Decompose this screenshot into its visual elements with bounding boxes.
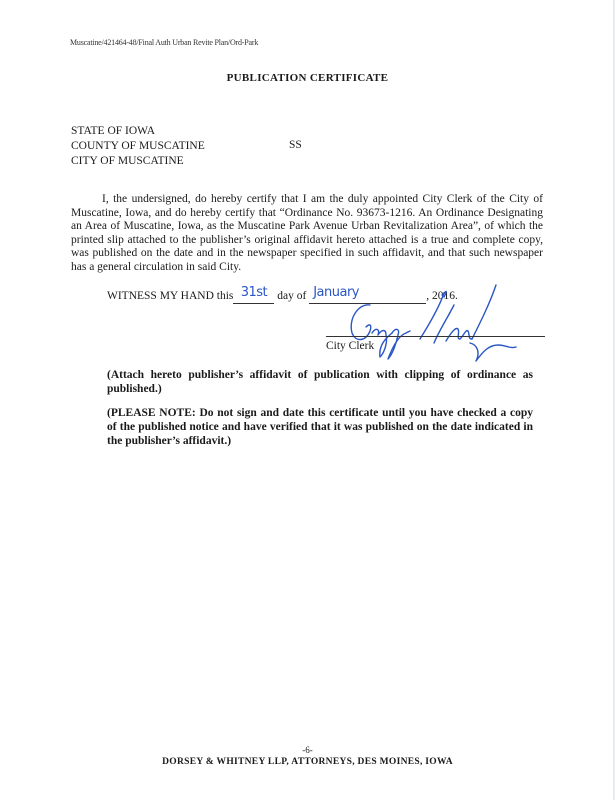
page-number: -6- xyxy=(0,745,615,755)
venue-block: STATE OF IOWA COUNTY OF MUSCATINE CITY O… xyxy=(71,124,205,169)
page-title: PUBLICATION CERTIFICATE xyxy=(0,72,615,84)
day-field[interactable]: 31st xyxy=(233,288,274,304)
certification-paragraph: I, the undersigned, do hereby certify th… xyxy=(71,193,543,275)
venue-county: COUNTY OF MUSCATINE xyxy=(71,139,205,154)
venue-state: STATE OF IOWA xyxy=(71,124,205,139)
venue-ss: SS xyxy=(289,139,302,151)
witness-day-of: day of xyxy=(277,290,306,302)
signature-label: City Clerk xyxy=(326,340,374,352)
footer-firm: DORSEY & WHITNEY LLP, ATTORNEYS, DES MOI… xyxy=(0,757,615,767)
witness-prefix: WITNESS MY HAND this xyxy=(107,290,233,302)
venue-city: CITY OF MUSCATINE xyxy=(71,154,205,169)
day-handwritten: 31st xyxy=(241,285,267,300)
please-note: (PLEASE NOTE: Do not sign and date this … xyxy=(107,406,533,448)
signature-line xyxy=(326,336,545,337)
document-reference: Muscatine/421464-48/Final Auth Urban Rev… xyxy=(70,38,258,47)
attach-affidavit-note: (Attach hereto publisher’s affidavit of … xyxy=(107,368,533,396)
